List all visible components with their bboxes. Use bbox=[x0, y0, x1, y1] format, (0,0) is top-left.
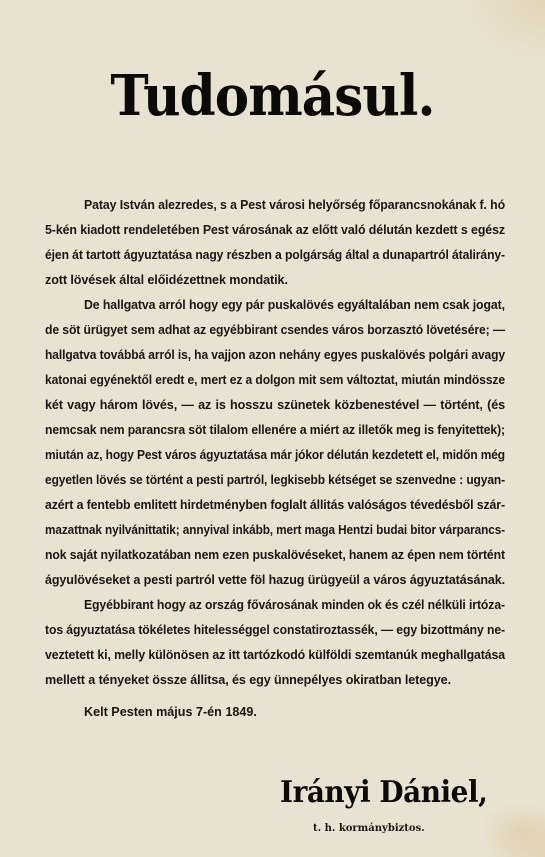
text-line: De hallgatva arról hogy egy pár puskalöv… bbox=[45, 293, 505, 318]
text-line: Patay István alezredes, s a Pest városi … bbox=[45, 193, 505, 218]
text-line: tos ágyuztatása tökéletes hitelességgel … bbox=[45, 618, 505, 643]
signature-title: t. h. kormánybiztos. bbox=[313, 823, 425, 834]
text-line: hallgatva továbbá arról is, ha vajjon az… bbox=[45, 343, 505, 368]
text-line: mellett a tényeket össze állitsa, és egy… bbox=[45, 668, 505, 693]
text-line: nemcsak nem parancsra söt tilalom ellené… bbox=[45, 418, 505, 443]
document-body: Patay István alezredes, s a Pest városi … bbox=[45, 193, 505, 693]
text-line: de söt ürügyet sem adhat az egyébbirant … bbox=[45, 318, 505, 343]
paragraph-2: De hallgatva arról hogy egy pár puskalöv… bbox=[45, 293, 505, 593]
paragraph-1: Patay István alezredes, s a Pest városi … bbox=[45, 193, 505, 293]
text-line: ágyulövéseket a pesti partról vette föl … bbox=[45, 568, 505, 593]
text-line: nok saját nyilatkozatában nem ezen puska… bbox=[45, 543, 505, 568]
document-title: Tudomásul. bbox=[22, 68, 523, 124]
text-line: azért a fentebb emlitett hirdetményben f… bbox=[45, 493, 505, 518]
text-line: Egyébbirant hogy az ország fővárosának m… bbox=[45, 593, 505, 618]
text-line: egyetlen lövés se történt a pesti partró… bbox=[45, 468, 505, 493]
document-page: Tudomásul. Patay István alezredes, s a P… bbox=[0, 0, 545, 857]
text-line: éjen át tartott ágyuztatása nagy részben… bbox=[45, 243, 505, 268]
text-line: zott lövések által előidézettnek mondati… bbox=[45, 268, 505, 293]
signature: Irányi Dániel, bbox=[280, 778, 487, 808]
text-line: 5-kén kiadott rendeletében Pest városána… bbox=[45, 218, 505, 243]
text-line: veztetett ki, melly különösen az itt tar… bbox=[45, 643, 505, 668]
text-line: katonai egyénektől eredt e, mert ez a do… bbox=[45, 368, 505, 393]
dateline: Kelt Pesten május 7-én 1849. bbox=[84, 700, 257, 725]
text-line: miután az, hogy Pest város ágyuztatása m… bbox=[45, 443, 505, 468]
paragraph-3: Egyébbirant hogy az ország fővárosának m… bbox=[45, 593, 505, 693]
text-line: két vagy három lövés, — az is hosszu szü… bbox=[45, 393, 505, 418]
text-line: mazattnak nyilvánittatik; annyival inkáb… bbox=[45, 518, 505, 543]
